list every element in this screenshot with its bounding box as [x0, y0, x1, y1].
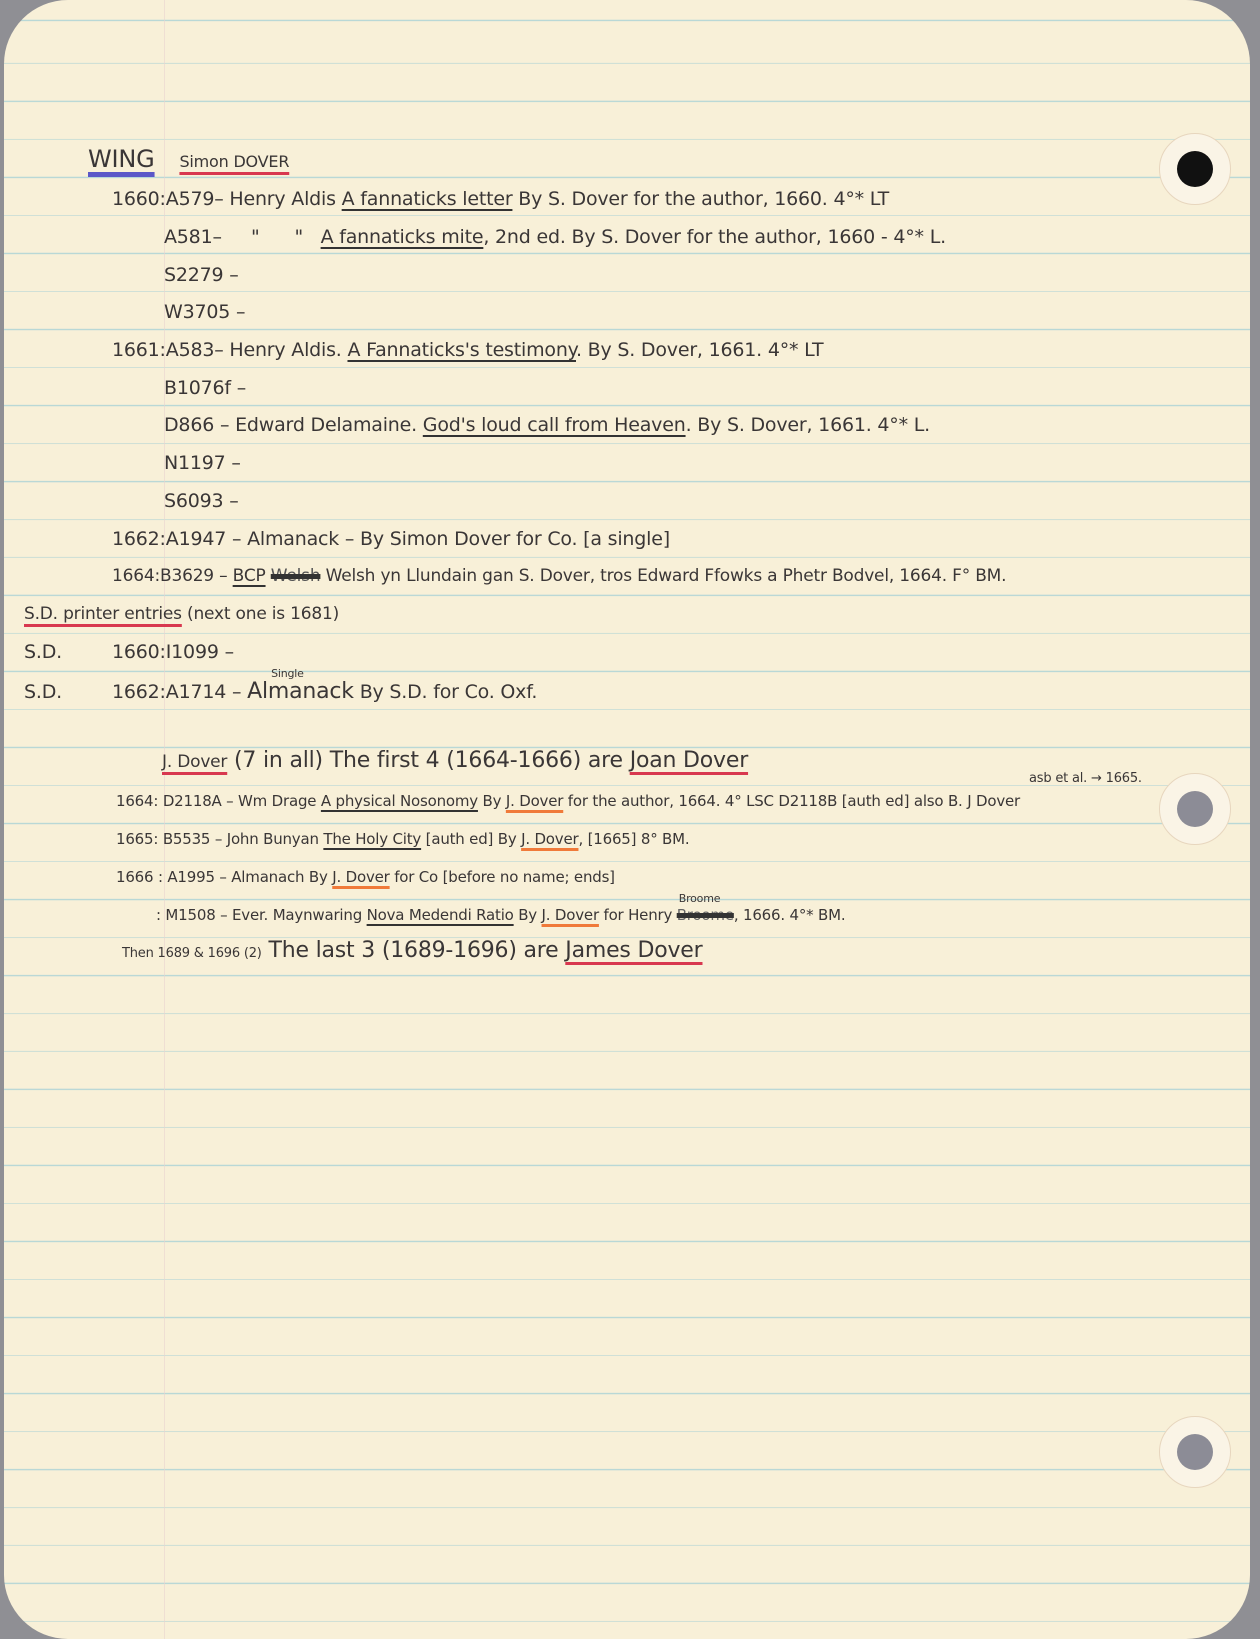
entry-d866: D866 – Edward Delamaine. God's loud call… [164, 414, 930, 436]
entry-a1947: 1662:A1947 – Almanack – By Simon Dover f… [112, 528, 670, 550]
struck-word: Welsh [271, 566, 321, 586]
entry-w3705: W3705 – [164, 301, 245, 323]
superscript-correction: Broome [679, 892, 721, 905]
title: A physical Nosonomy [321, 792, 478, 810]
title: A fannaticks letter [342, 188, 513, 210]
title: A Fannaticks's testimony [347, 339, 576, 361]
jdover-heading: J. Dover (7 in all) The first 4 (1664-16… [162, 748, 748, 773]
entry-n1197: N1197 – [164, 452, 241, 474]
sd-section-note: (next one is 1681) [187, 604, 339, 624]
binder-hole-bottom [1159, 1416, 1231, 1488]
sd-row-a1714: S.D.1662:A1714 – SingleAlmanack By S.D. … [24, 679, 537, 704]
heading-source: WING [88, 145, 155, 173]
entry-s2279: S2279 – [164, 264, 239, 286]
closing-line: Then 1689 & 1696 (2) The last 3 (1689-16… [122, 938, 703, 963]
entry-b1076f: B1076f – [164, 377, 246, 399]
entry-a581: A581– " " A fannaticks mite, 2nd ed. By … [164, 226, 946, 248]
entry-m1508: : M1508 – Ever. Maynwaring Nova Medendi … [156, 906, 845, 924]
note-above: asb et al. → 1665. [1029, 771, 1142, 786]
title: A fannaticks mite [321, 226, 484, 248]
superscript-note: Single [271, 667, 304, 680]
title: The Holy City [323, 830, 421, 848]
struck-word: Broome [677, 906, 734, 924]
sd-row-i1099: S.D.1660:I1099 – [24, 641, 234, 663]
entry-a583: 1661:A583– Henry Aldis. A Fannaticks's t… [112, 339, 823, 361]
title: Nova Medendi Ratio [367, 906, 514, 924]
entry-d2118a: 1664: D2118A – Wm Drage A physical Noson… [116, 792, 1020, 810]
entry-b5535: 1665: B5535 – John Bunyan The Holy City … [116, 830, 689, 848]
entry-s6093: S6093 – [164, 490, 239, 512]
heading-printer: Simon DOVER [179, 152, 289, 171]
binder-hole-middle [1159, 773, 1231, 845]
identity-joan: Joan Dover [630, 748, 748, 773]
identity-james: James Dover [565, 938, 702, 963]
title: God's loud call from Heaven [423, 414, 686, 436]
sd-section-heading: S.D. printer entries (next one is 1681) [24, 604, 339, 624]
printer-name: J. Dover [521, 830, 578, 848]
entry-a1995: 1666 : A1995 – Almanach By J. Dover for … [116, 868, 615, 886]
entry-b3629: 1664:B3629 – BCP Welsh Welsh yn Llundain… [112, 566, 1006, 586]
binder-hole-top [1159, 133, 1231, 205]
closing-small: Then 1689 & 1696 (2) [122, 946, 262, 961]
title: BCP [233, 566, 266, 586]
printer-name: J. Dover [542, 906, 599, 924]
printer-name: J. Dover [506, 792, 563, 810]
notebook-page: WING Simon DOVER 1660:A579– Henry Aldis … [4, 0, 1250, 1639]
heading: WING Simon DOVER [88, 145, 289, 173]
entry-a579: 1660:A579– Henry Aldis A fannaticks lett… [112, 188, 889, 210]
printer-name: J. Dover [332, 868, 389, 886]
